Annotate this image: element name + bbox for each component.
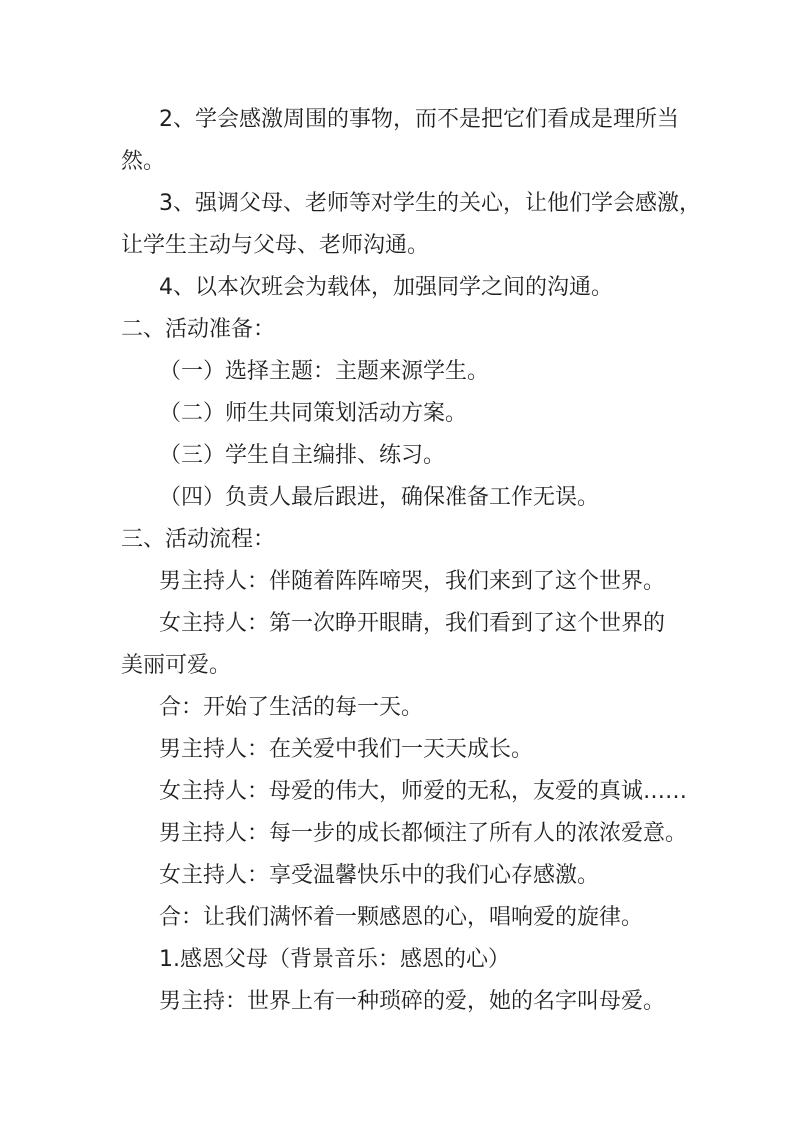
text-line: 2、学会感激周围的事物，而不是把它们看成是理所当: [121, 99, 741, 141]
text-line: 男主持人：在关爱中我们一天天成长。: [121, 729, 741, 771]
text-line: （三）学生自主编排、练习。: [121, 435, 741, 477]
text-line: 合：让我们满怀着一颗感恩的心，唱响爱的旋律。: [121, 897, 741, 939]
text-line: 美丽可爱。: [121, 645, 741, 687]
text-line: 女主持人：第一次睁开眼睛，我们看到了这个世界的: [121, 603, 741, 645]
text-line: 然。: [121, 141, 741, 183]
text-line: 三、活动流程：: [121, 519, 741, 561]
text-line: 3、强调父母、老师等对学生的关心，让他们学会感激，: [121, 183, 741, 225]
text-line: （二）师生共同策划活动方案。: [121, 393, 741, 435]
text-line: （四）负责人最后跟进，确保准备工作无误。: [121, 477, 741, 519]
text-line: 1.感恩父母（背景音乐：感恩的心）: [121, 939, 741, 981]
document-page: 2、学会感激周围的事物，而不是把它们看成是理所当然。3、强调父母、老师等对学生的…: [0, 0, 793, 1122]
text-line: （一）选择主题：主题来源学生。: [121, 351, 741, 393]
text-line: 男主持：世界上有一种琐碎的爱，她的名字叫母爱。: [121, 981, 741, 1023]
text-line: 女主持人：母爱的伟大，师爱的无私，友爱的真诚……: [121, 771, 741, 813]
text-line: 男主持人：伴随着阵阵啼哭，我们来到了这个世界。: [121, 561, 741, 603]
document-text-block: 2、学会感激周围的事物，而不是把它们看成是理所当然。3、强调父母、老师等对学生的…: [121, 99, 741, 1023]
text-line: 二、活动准备：: [121, 309, 741, 351]
text-line: 让学生主动与父母、老师沟通。: [121, 225, 741, 267]
text-line: 女主持人：享受温馨快乐中的我们心存感激。: [121, 855, 741, 897]
text-line: 男主持人：每一步的成长都倾注了所有人的浓浓爱意。: [121, 813, 741, 855]
text-line: 4、以本次班会为载体，加强同学之间的沟通。: [121, 267, 741, 309]
text-line: 合：开始了生活的每一天。: [121, 687, 741, 729]
